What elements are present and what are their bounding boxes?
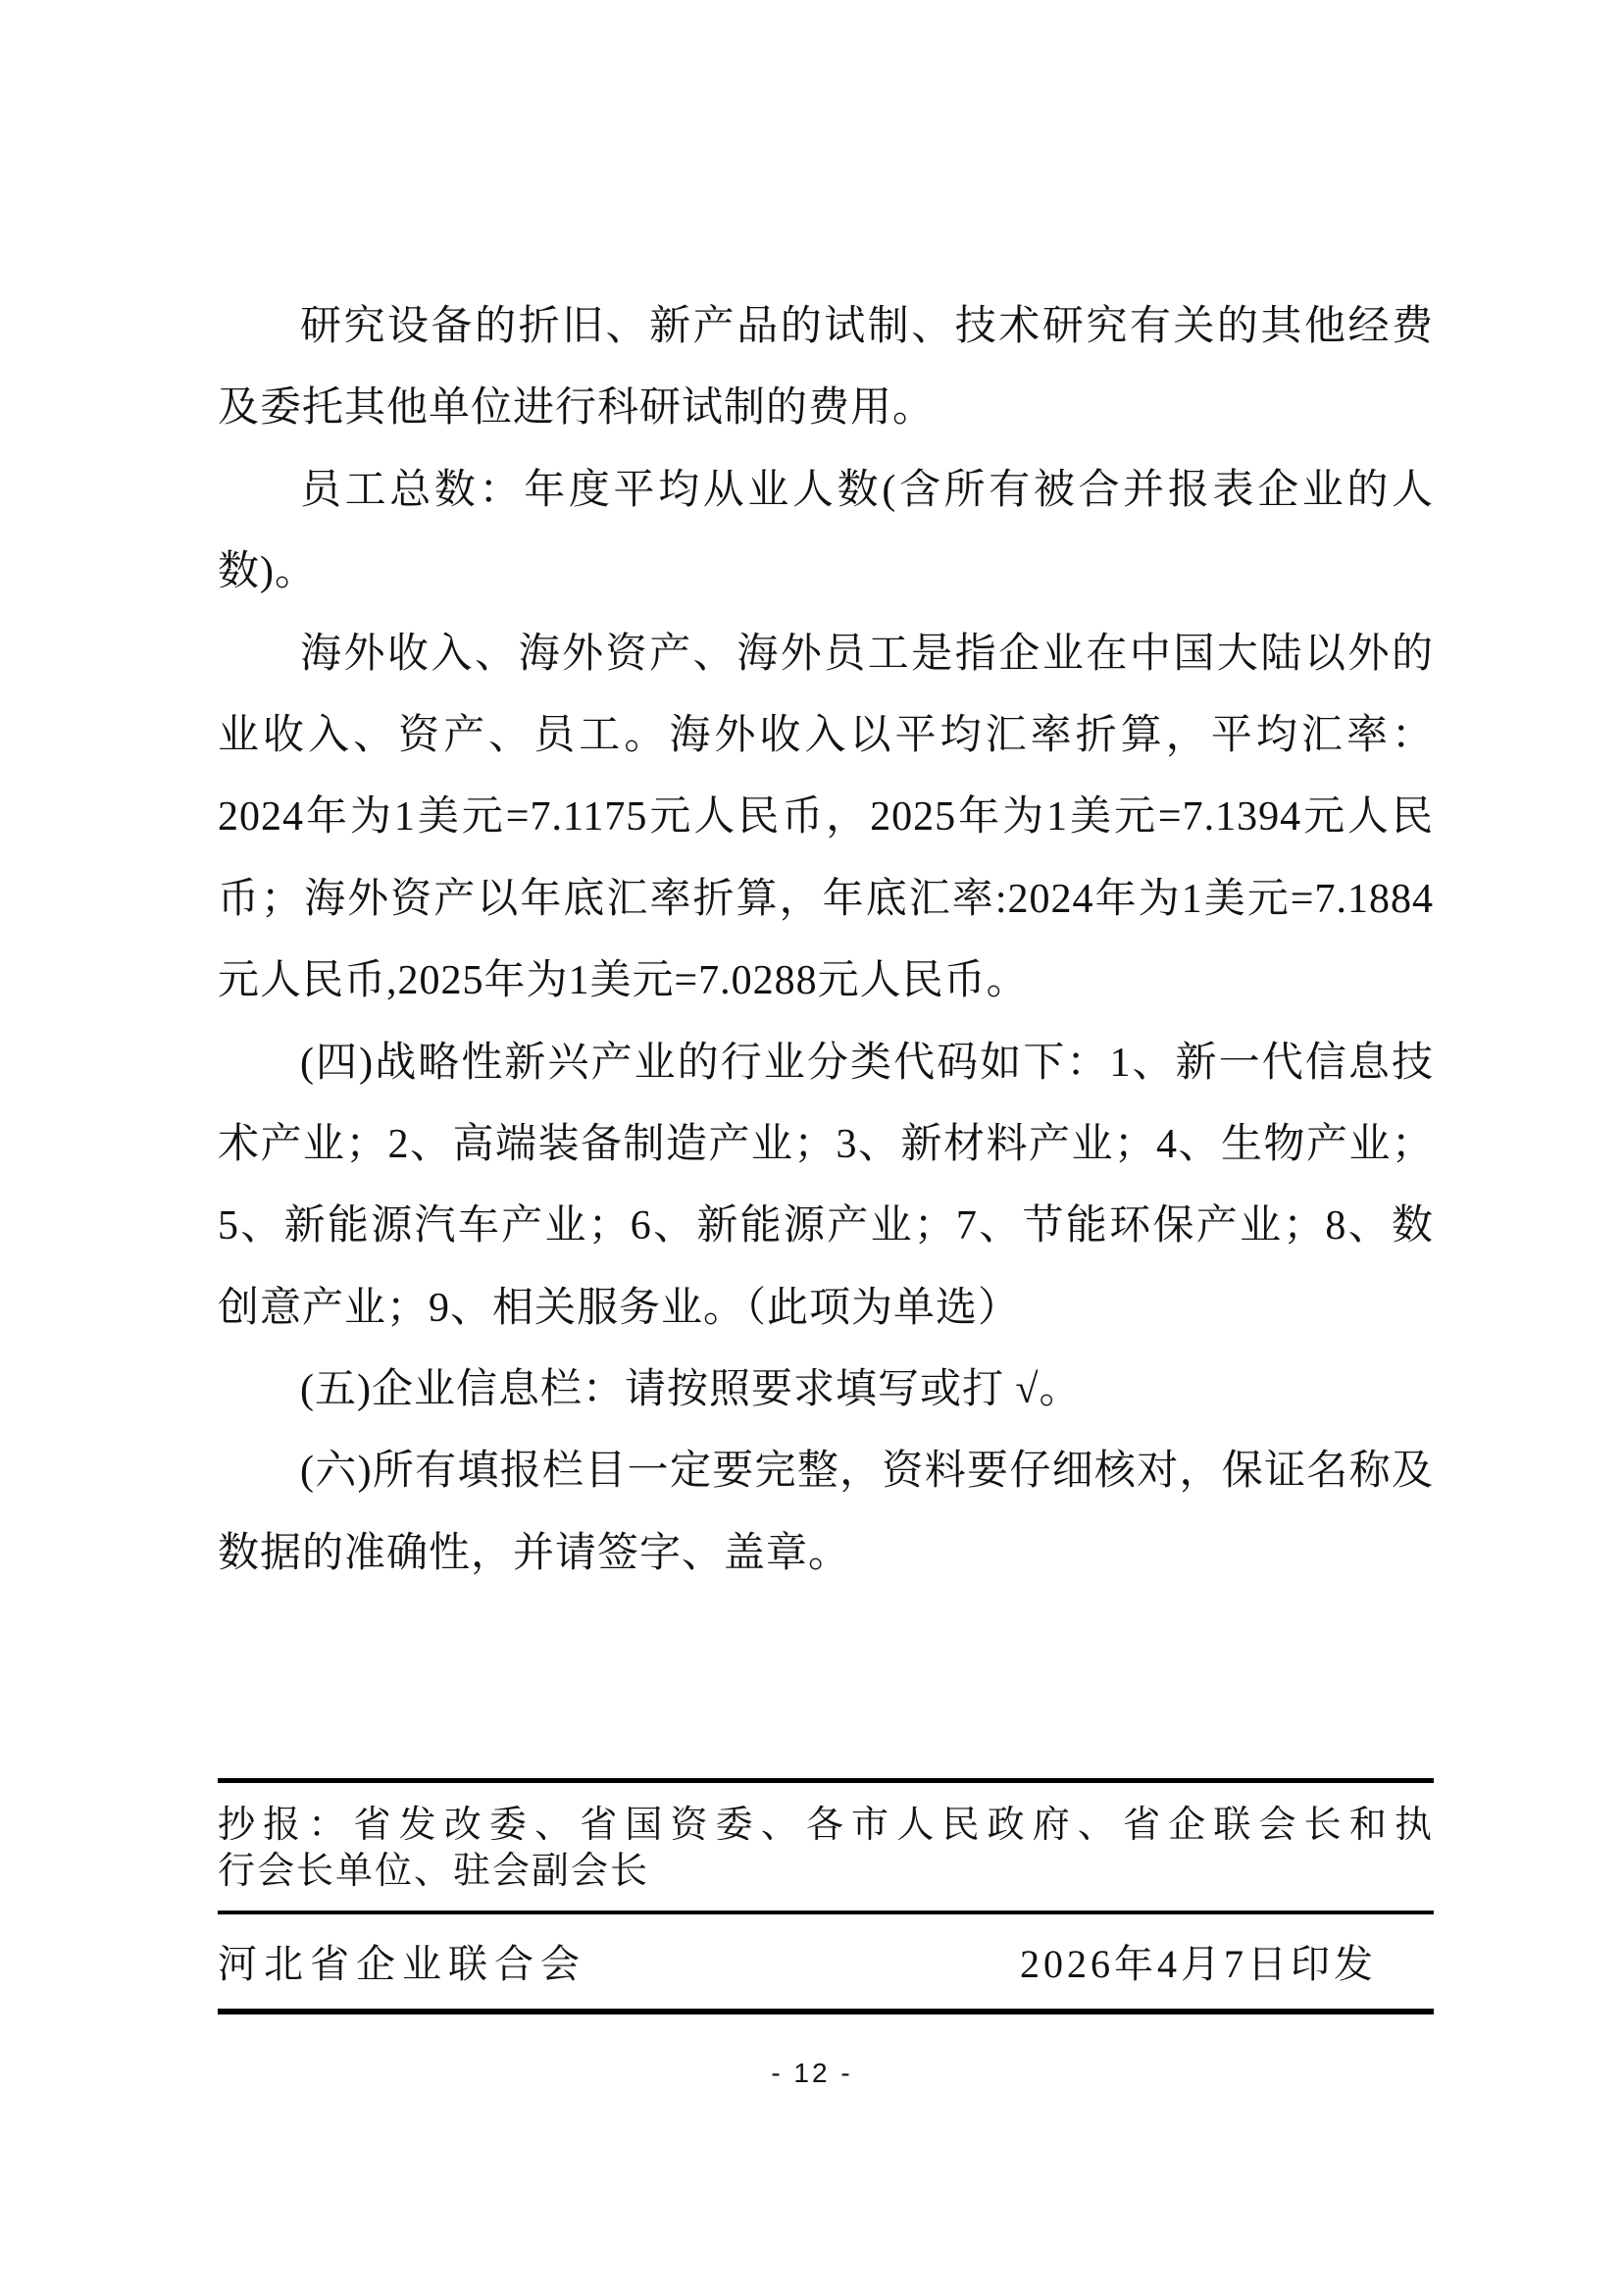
footer-divider-top — [218, 1778, 1434, 1783]
footer-divider-bottom — [218, 2009, 1434, 2014]
footer-divider-middle — [218, 1911, 1434, 1914]
cc-note-line: 抄报：省发改委、省国资委、各市人民政府、省企联会长和执 — [218, 1803, 1434, 1849]
body-line: 5、新能源汽车产业；6、新能源产业；7、节能环保产业；8、数字 — [218, 1186, 1434, 1267]
body-line: 元人民币,2025年为1美元=7.0288元人民币。 — [218, 941, 1434, 1022]
body-line: 币；海外资产以年底汇率折算，年底汇率:2024年为1美元=7.1884 — [218, 859, 1434, 941]
body-line: 术产业；2、高端装备制造产业；3、新材料产业；4、生物产业； — [218, 1104, 1434, 1186]
body-line: 海外收入、海外资产、海外员工是指企业在中国大陆以外的营 — [218, 614, 1434, 695]
issue-date: 2026年4月7日印发 — [1020, 1942, 1434, 1987]
body-line: (六)所有填报栏目一定要完整，资料要仔细核对，保证名称及 — [218, 1431, 1434, 1512]
cc-note-line: 行会长单位、驻会副会长 — [218, 1849, 1434, 1895]
cc-note: 抄报：省发改委、省国资委、各市人民政府、省企联会长和执 行会长单位、驻会副会长 — [218, 1803, 1434, 1895]
body-line: 2024年为1美元=7.1175元人民币，2025年为1美元=7.1394元人民 — [218, 777, 1434, 858]
body-line: 创意产业；9、相关服务业。（此项为单选） — [218, 1268, 1434, 1350]
body-line: (四)战略性新兴产业的行业分类代码如下：1、新一代信息技 — [218, 1023, 1434, 1104]
body-line: 数)。 — [218, 532, 1434, 613]
issuer-name: 河北省企业联合会 — [218, 1942, 586, 1987]
document-page: 研究设备的折旧、新产品的试制、技术研究有关的其他经费以 及委托其他单位进行科研试… — [0, 0, 1624, 2294]
body-line: (五)企业信息栏：请按照要求填写或打 √。 — [218, 1350, 1434, 1431]
body-line: 数据的准确性，并请签字、盖章。 — [218, 1513, 1434, 1595]
body-line: 研究设备的折旧、新产品的试制、技术研究有关的其他经费以 — [218, 286, 1434, 368]
body-line: 员工总数：年度平均从业人数(含所有被合并报表企业的人 — [218, 450, 1434, 532]
page-number: - 12 - — [0, 2058, 1624, 2089]
issuer-row: 河北省企业联合会 2026年4月7日印发 — [218, 1942, 1434, 1987]
body-line: 业收入、资产、员工。海外收入以平均汇率折算，平均汇率： — [218, 695, 1434, 777]
body-line: 及委托其他单位进行科研试制的费用。 — [218, 368, 1434, 449]
body-text: 研究设备的折旧、新产品的试制、技术研究有关的其他经费以 及委托其他单位进行科研试… — [218, 286, 1434, 1595]
